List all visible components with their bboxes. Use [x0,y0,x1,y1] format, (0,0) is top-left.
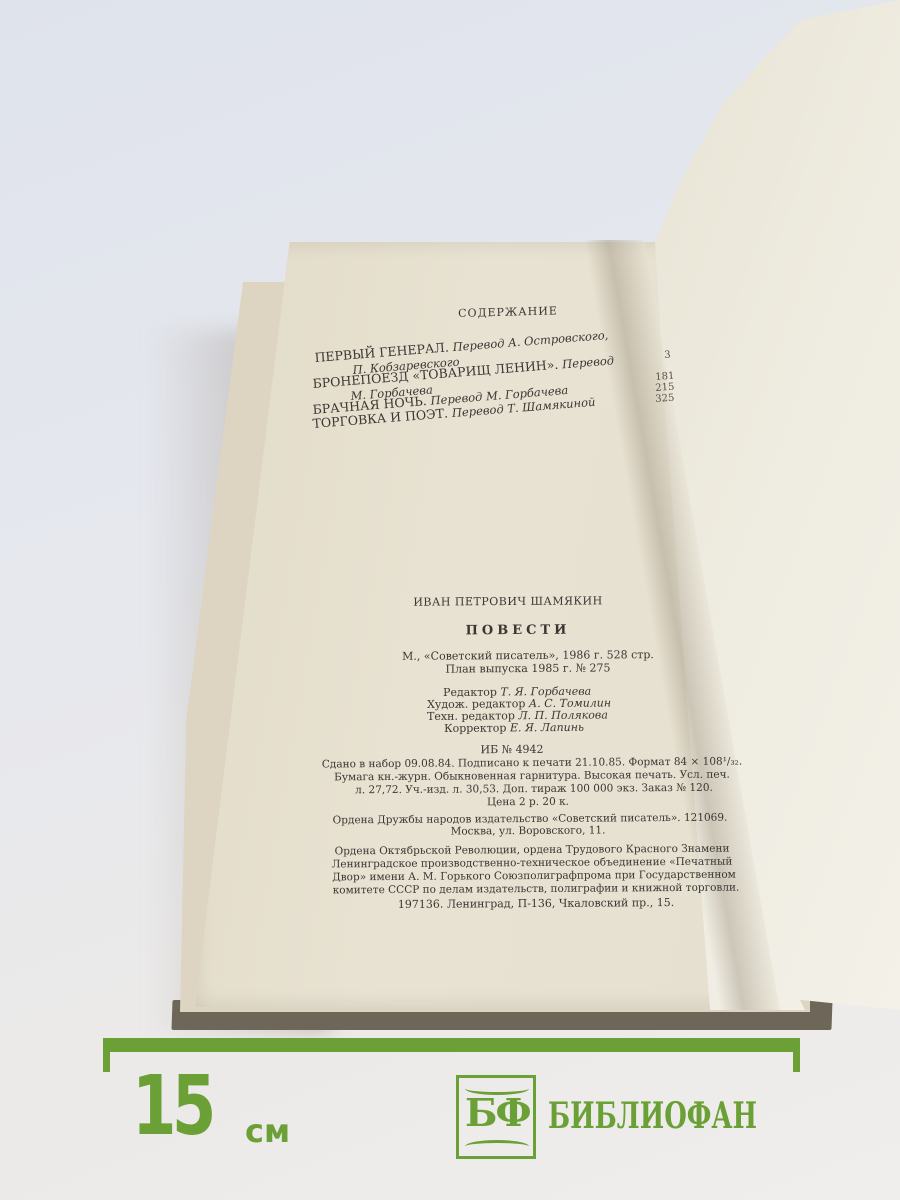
printer-address: 197136. Ленинград, П-136, Чкаловский пр.… [398,896,674,911]
author-name: ИВАН ПЕТРОВИЧ ШАМЯКИН [413,594,602,608]
ib-number: ИБ № 4942 [480,743,543,756]
brand-name: БИБЛИОФАН [548,1098,757,1134]
book-logo-arc-bottom [465,1140,529,1153]
ruler-size-value: 15 [132,1066,212,1148]
ruler-bar [103,1038,800,1052]
plan-line: План выпуска 1985 г. № 275 [445,661,610,675]
print-info-line: л. 27,72. Уч.-изд. л. 30,53. Доп. тираж … [355,782,713,796]
credit-proofreader: Корректор Е. Я. Лапинь [444,721,584,735]
book-title: ПОВЕСТИ [466,623,571,639]
publisher-address: Москва, ул. Воровского, 11. [451,824,606,837]
credit-role: Корректор [444,721,506,735]
toc-page-number: 325 [655,393,675,405]
ruler-left-tick [103,1038,110,1072]
ruler-right-tick [793,1038,800,1072]
logo-letters: БФ [465,1094,530,1132]
credit-name: Е. Я. Лапинь [510,721,584,735]
toc-page-number: 3 [664,350,671,361]
book-logo-icon: БФ [456,1075,536,1159]
imprint-line: М., «Советский писатель», 1986 г. 528 ст… [402,648,654,663]
ruler-size-unit: см [245,1112,290,1150]
toc-title: СОДЕРЖАНИЕ [458,304,558,320]
price-line: Цена 2 р. 20 к. [487,796,569,809]
